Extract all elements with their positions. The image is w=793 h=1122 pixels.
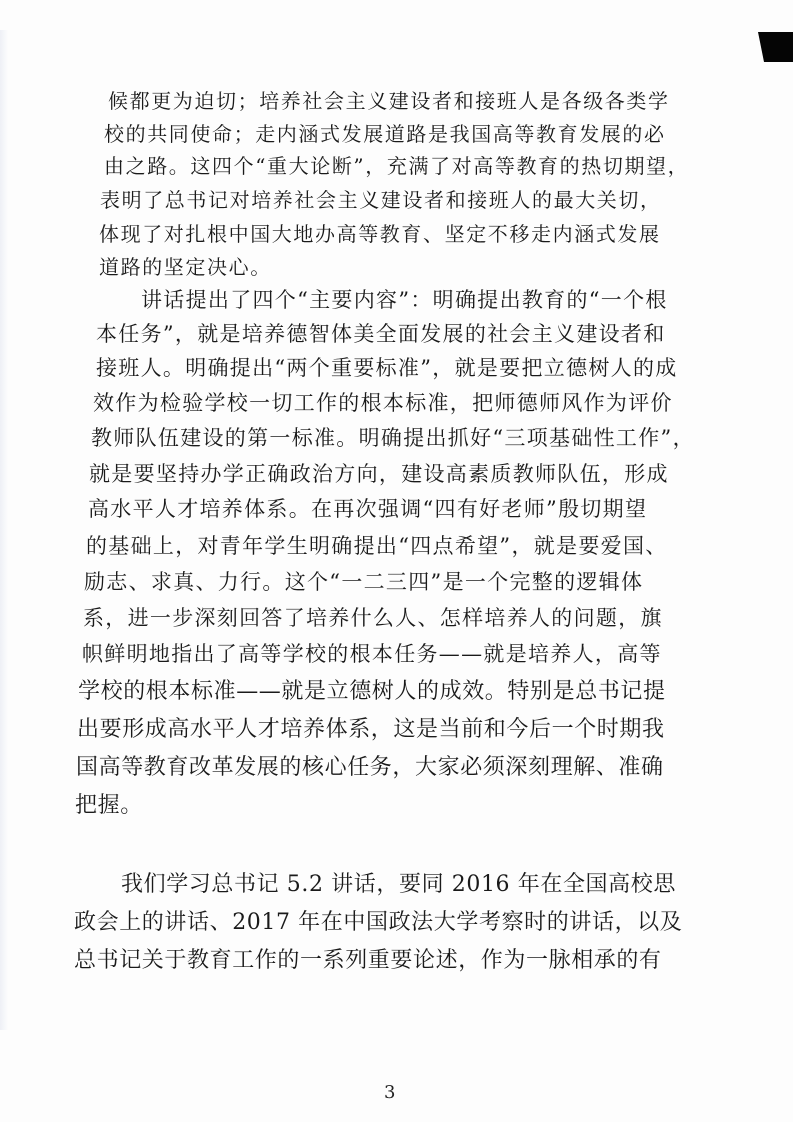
text-line: 总书记关于教育工作的一系列重要论述，作为一脉相承的有 [74,950,662,972]
text-line: 政会上的讲话、2017 年在中国政法大学考察时的讲话，以及 [74,912,682,934]
text-line: 就是要坚持办学正确政治方向，建设高素质教师队伍，形成 [89,464,669,485]
text-line: 道路的坚定决心。 [99,257,272,277]
text-line: 候都更为迫切；培养社会主义建设者和接班人是各级各类学 [108,91,670,111]
text-line: 出要形成高水平人才培养体系，这是当前和今后一个时期我 [77,719,665,741]
text-line: 表明了总书记对培养社会主义建设者和接班人的最大关切， [100,190,662,210]
text-line: 系，进一步深刻回答了培养什么人、怎样培养人的问题，旗 [83,608,663,629]
text-line: 体现了对扎根中国大地办高等教育、坚定不移走内涵式发展 [99,224,661,244]
text-line: 由之路。这四个“重大论断”，充满了对高等教育的热切期望， [104,156,689,176]
text-line: 励志、求真、力行。这个“一二三四”是一个完整的逻辑体 [84,572,643,593]
text-line: 校的共同使命；走内涵式发展道路是我国高等教育发展的必 [104,124,666,144]
text-line: 讲话提出了四个“主要内容”：明确提出教育的“一个根 [141,290,668,311]
text-line: 学校的根本标准——就是立德树人的成效。特别是总书记提 [78,681,666,703]
text-line: 的基础上，对青年学生明确提出“四点希望”，就是要爱国、 [86,536,668,557]
text-line: 把握。 [75,795,143,817]
text-line: 接班人。明确提出“两个重要标准”，就是要把立德树人的成 [96,358,678,379]
text-line: 我们学习总书记 5.2 讲话，要同 2016 年在全国高校思 [121,874,676,896]
text-line: 本任务”，就是培养德智体美全面发展的社会主义建设者和 [96,324,666,345]
text-line: 教师队伍建设的第一标准。明确提出抓好“三项基础性工作”， [91,428,695,449]
text-line: 帜鲜明地指出了高等学校的根本任务——就是培养人，高等 [82,644,662,665]
scanned-page: 候都更为迫切；培养社会主义建设者和接班人是各级各类学 校的共同使命；走内涵式发展… [0,0,793,1122]
page-number: 3 [384,1082,395,1103]
corner-tab-mark [758,32,793,62]
text-line: 效作为检验学校一切工作的根本标准，把师德师风作为评价 [93,393,673,414]
text-line: 国高等教育改革发展的核心任务，大家必须深刻理解、准确 [76,757,664,779]
scan-edge-shadow [0,30,8,1030]
text-line: 高水平人才培养体系。在再次强调“四有好老师”殷切期望 [88,499,647,520]
